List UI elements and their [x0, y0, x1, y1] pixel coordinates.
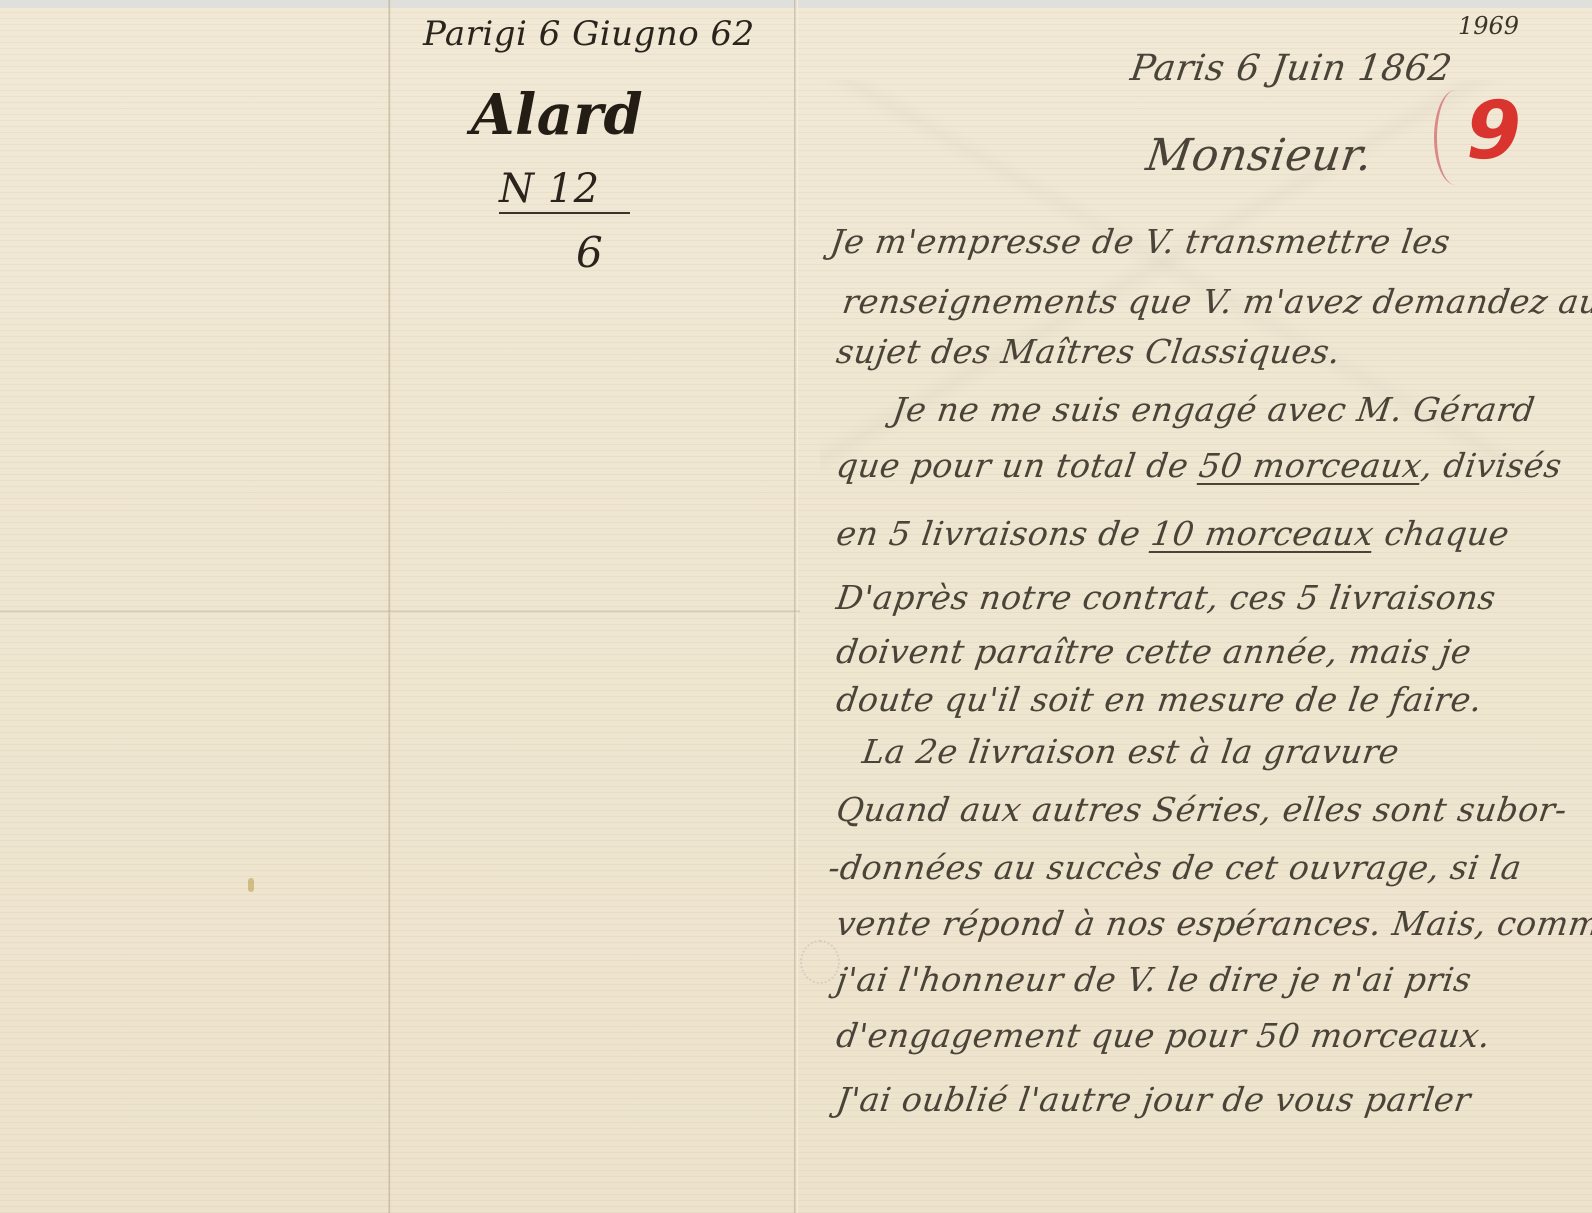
letter-line-12: -données au succès de cet ouvrage, si la [826, 848, 1524, 887]
letter-text: que pour un total de [834, 446, 1191, 485]
paper-stain [248, 878, 254, 892]
underlined-quantity: 10 morceaux [1149, 514, 1377, 553]
red-folio-mark: 9 [1432, 90, 1522, 190]
letter-line-5: que pour un total de 50 morceaux, divisé… [834, 446, 1564, 485]
vertical-fold-outer [388, 0, 391, 1213]
docket-sender-name: Alard [471, 82, 643, 148]
letter-line-6: en 5 livraisons de 10 morceaux chaque [834, 514, 1512, 553]
letter-text: chaque [1371, 514, 1512, 553]
docket-reference: N 12 [499, 166, 630, 214]
letter-scan: Parigi 6 Giugno 62 Alard N 12 6 1969 Par… [0, 0, 1592, 1213]
blank-outer-panel [0, 0, 388, 1213]
letter-line-1: Je m'empresse de V. transmettre les [828, 222, 1453, 261]
letter-line-3: sujet des Maîtres Classiques. [834, 332, 1343, 371]
letter-line-14: j'ai l'honneur de V. le dire je n'ai pri… [834, 960, 1474, 999]
letter-salutation: Monsieur. [1143, 130, 1376, 181]
underlined-quantity: 50 morceaux [1197, 446, 1425, 485]
letter-date: Paris 6 Juin 1862 [1128, 48, 1455, 89]
letter-line-2: renseignements que V. m'avez demandez au [840, 282, 1592, 321]
letter-line-9: doute qu'il soit en mesure de le faire. [834, 680, 1485, 719]
archive-number: 1969 [1458, 12, 1519, 40]
docket-place-date: Parigi 6 Giugno 62 [423, 14, 755, 54]
docket-sub-number: 6 [576, 228, 603, 277]
letter-line-4: Je ne me suis engagé avec M. Gérard [890, 390, 1538, 429]
letter-line-15: d'engagement que pour 50 morceaux. [834, 1016, 1493, 1055]
letter-line-13: vente répond à nos espérances. Mais, com… [834, 904, 1592, 943]
horizontal-fold [0, 610, 800, 613]
vertical-fold-center [794, 0, 798, 1213]
letter-line-7: D'après notre contrat, ces 5 livraisons [834, 578, 1498, 617]
docket-panel: Parigi 6 Giugno 62 Alard N 12 6 [391, 0, 794, 1213]
faint-library-stamp [800, 940, 840, 984]
letter-text: , divisés [1419, 446, 1564, 485]
letter-line-11: Quand aux autres Séries, elles sont subo… [834, 790, 1570, 829]
letter-line-16: J'ai oublié l'autre jour de vous parler [834, 1080, 1473, 1119]
letter-line-8: doivent paraître cette année, mais je [834, 632, 1474, 671]
letter-line-10: La 2e livraison est à la gravure [860, 732, 1402, 771]
letter-text: en 5 livraisons de [834, 514, 1143, 553]
